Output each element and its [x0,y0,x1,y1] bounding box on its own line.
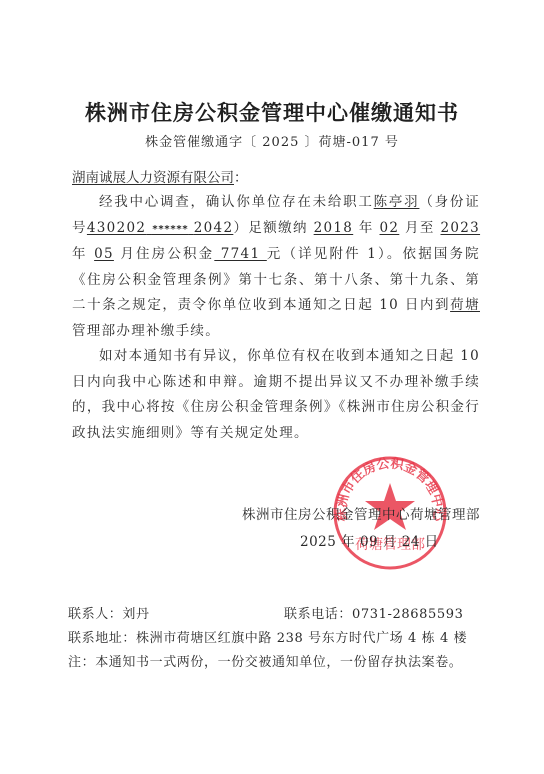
footnote: 注：本通知书一式两份，一份交被通知单位，一份留存执法案卷。 [68,651,462,670]
paragraph-1: 经我中心调查，确认你单位存在未给职工陈亭羽（身份证号430202 ****** … [72,190,480,344]
end-month: 05 [94,246,114,262]
end-year: 2023 [441,220,481,236]
notice-title: 株洲市住房公积金管理中心催缴通知书 [0,97,544,127]
start-year: 2018 [314,220,354,236]
id-mask: ****** [152,224,188,235]
issue-date: 2025 年 09 月 24 日 [300,530,439,550]
notice-body: 经我中心调查，确认你单位存在未给职工陈亭羽（身份证号430202 ****** … [72,190,480,446]
addressee: 湖南诚展人力资源有限公司： [72,166,248,186]
signature-org: 株洲市住房公积金管理中心荷塘管理部 [242,503,480,523]
employee-name: 陈亭羽 [374,194,420,210]
contact-person: 联系人：刘丹 [68,603,150,622]
addressee-company: 湖南诚展人力资源有限公司 [72,170,234,186]
document-number: 株金管催缴通字〔 2025 〕荷塘-017 号 [0,131,544,150]
start-month: 02 [380,220,400,236]
amount: 7741 [214,246,266,262]
department: 荷塘 [450,297,480,313]
id-number: 430202 ****** 2042 [87,220,233,236]
paragraph-2: 如对本通知书有异议，你单位有权在收到本通知之日起 10 日内向我中心陈述和申辩。… [72,344,480,446]
contact-address: 联系地址：株洲市荷塘区红旗中路 238 号东方时代广场 4 栋 4 楼 [68,627,467,646]
contact-phone: 联系电话：0731-28685593 [284,603,463,622]
